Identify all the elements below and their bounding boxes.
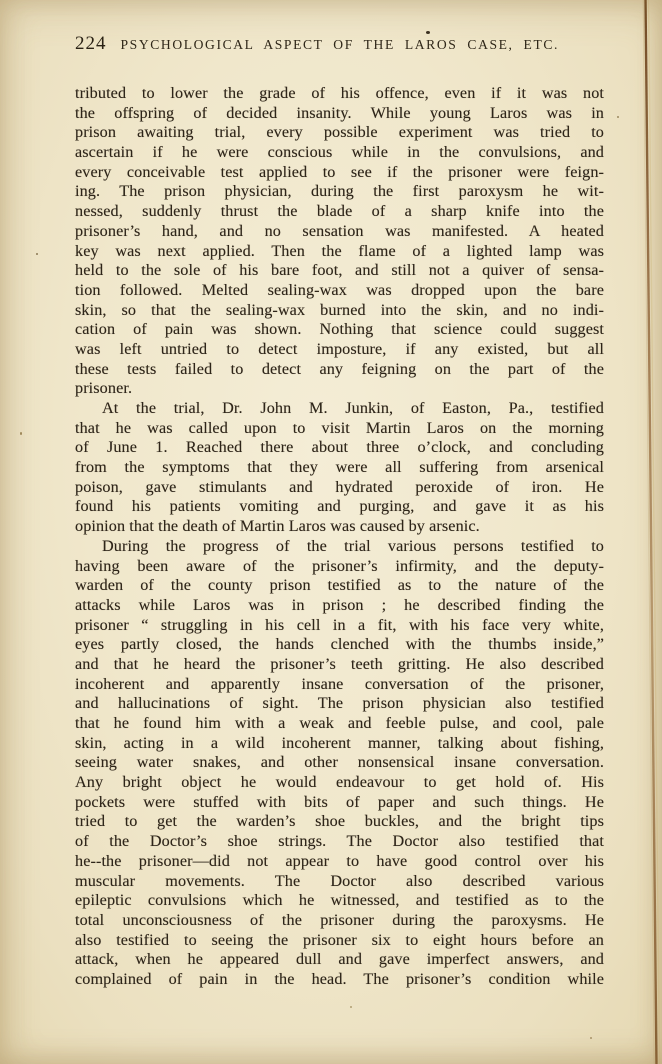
text-line: complained of pain in the head. The pris… [75, 970, 604, 990]
text-line: also testified to seeing the prisoner si… [75, 931, 604, 951]
text-line: held to the sole of his bare foot, and s… [75, 261, 604, 281]
ink-speck [350, 1006, 352, 1008]
text-line: prisoner. [75, 379, 604, 399]
text-line: At the trial, Dr. John M. Junkin, of Eas… [75, 399, 604, 419]
paragraph: During the progress of the trial various… [75, 537, 604, 990]
text-line: poison, gave stimulants and hydrated per… [75, 478, 604, 498]
page-body: tributed to lower the grade of his offen… [75, 84, 604, 990]
page-header: 224 PSYCHOLOGICAL ASPECT OF THE LAROS CA… [75, 33, 605, 55]
text-line: found his patients vomiting and purging,… [75, 497, 604, 517]
text-line: the offspring of decided insanity. While… [75, 104, 604, 124]
text-line: of the Doctor’s shoe strings. The Doctor… [75, 832, 604, 852]
text-line: key was next applied. Then the flame of … [75, 242, 604, 262]
text-line: attacks while Laros was in prison ; he d… [75, 596, 604, 616]
text-line: prisoner’s hand, and no sensation was ma… [75, 222, 604, 242]
paragraph: tributed to lower the grade of his offen… [75, 84, 604, 399]
text-line: these tests failed to detect any feignin… [75, 360, 604, 380]
text-line: was left untried to detect imposture, if… [75, 340, 604, 360]
text-line: prisoner “ struggling in his cell in a f… [75, 616, 604, 636]
text-line: incoherent and apparently insane convers… [75, 675, 604, 695]
paragraph: At the trial, Dr. John M. Junkin, of Eas… [75, 399, 604, 537]
text-line: epileptic convulsions which he witnessed… [75, 891, 604, 911]
text-line: and that he heard the prisoner’s teeth g… [75, 655, 604, 675]
ink-speck [617, 116, 619, 118]
text-line: Any bright object he would endeavour to … [75, 773, 604, 793]
text-line: skin, so that the sealing-wax burned int… [75, 301, 604, 321]
text-line: skin, acting in a wild incoherent manner… [75, 734, 604, 754]
text-line: and hallucinations of sight. The prison … [75, 694, 604, 714]
text-line: prison awaiting trial, every possible ex… [75, 123, 604, 143]
text-line: ascertain if he were conscious while in … [75, 143, 604, 163]
ink-speck [36, 253, 38, 255]
text-line: tributed to lower the grade of his offen… [75, 84, 604, 104]
text-line: that he was called upon to visit Martin … [75, 419, 604, 439]
text-line: pockets were stuffed with bits of paper … [75, 793, 604, 813]
text-line: having been aware of the prisoner’s infi… [75, 557, 604, 577]
running-header-title: PSYCHOLOGICAL ASPECT OF THE LAROS CASE, … [121, 37, 560, 53]
text-line: of June 1. Reached there about three o’c… [75, 438, 604, 458]
ink-speck [20, 432, 22, 435]
text-line: tion followed. Melted sealing-wax was dr… [75, 281, 604, 301]
text-line: every conceivable test applied to see if… [75, 163, 604, 183]
text-line: seeing water snakes, and other nonsensic… [75, 753, 604, 773]
page-number: 224 [75, 33, 107, 55]
text-line: nessed, suddenly thrust the blade of a s… [75, 202, 604, 222]
text-line: ing. The prison physician, during the fi… [75, 182, 604, 202]
text-line: that he found him with a weak and feeble… [75, 714, 604, 734]
text-line: opinion that the death of Martin Laros w… [75, 517, 604, 537]
text-line: total unconsciousness of the prisoner du… [75, 911, 604, 931]
text-line: muscular movements. The Doctor also desc… [75, 872, 604, 892]
text-line: During the progress of the trial various… [75, 537, 604, 557]
text-line: from the symptoms that they were all suf… [75, 458, 604, 478]
ink-speck [590, 1037, 592, 1039]
text-line: tried to get the warden’s shoe buckles, … [75, 812, 604, 832]
text-line: warden of the county prison testified as… [75, 576, 604, 596]
text-line: he--the prisoner—did not appear to have … [75, 852, 604, 872]
text-line: cation of pain was shown. Nothing that s… [75, 320, 604, 340]
text-line: attack, when he appeared dull and gave i… [75, 950, 604, 970]
text-line: eyes partly closed, the hands clenched w… [75, 635, 604, 655]
book-page: 224 PSYCHOLOGICAL ASPECT OF THE LAROS CA… [0, 0, 662, 1064]
